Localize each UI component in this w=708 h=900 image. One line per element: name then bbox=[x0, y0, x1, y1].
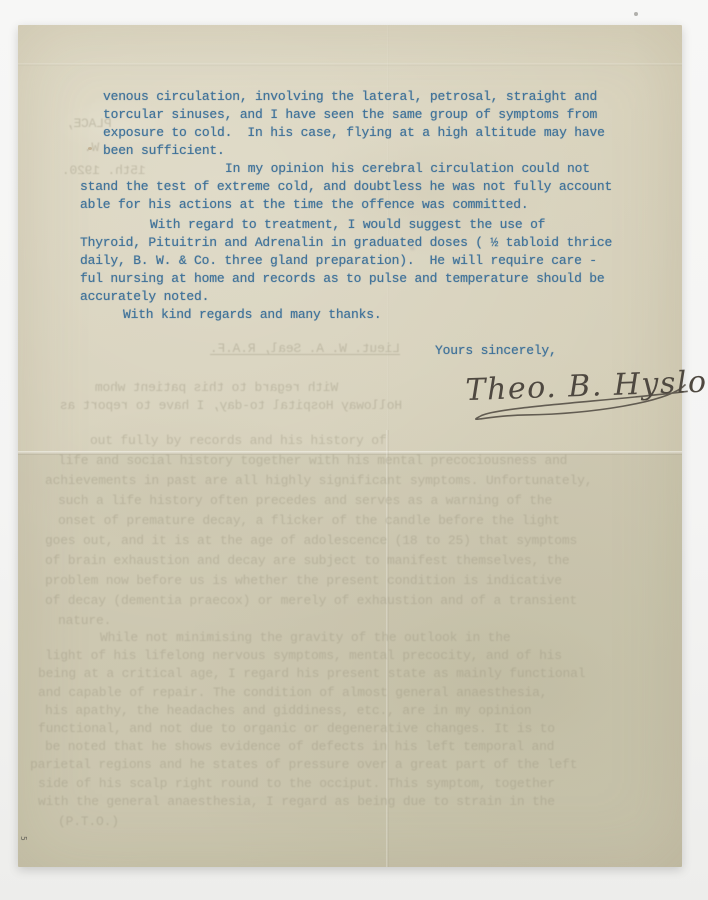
bleedthrough-line: While not minimising the gravity of the … bbox=[100, 630, 510, 645]
typed-line: Thyroid, Pituitrin and Adrenalin in grad… bbox=[80, 235, 612, 250]
bleedthrough-line: of brain exhaustion and decay are subjec… bbox=[45, 553, 570, 568]
bleedthrough-line-mirrored: W. bbox=[84, 140, 99, 155]
bleedthrough-line: achievements in past are all highly sign… bbox=[45, 473, 592, 488]
typed-line: With kind regards and many thanks. bbox=[123, 307, 381, 322]
typed-line: With regard to treatment, I would sugges… bbox=[150, 217, 545, 232]
bleedthrough-line: with the general anaesthesia, I regard a… bbox=[38, 794, 555, 809]
bleedthrough-line: goes out, and it is at the age of adoles… bbox=[45, 533, 577, 548]
bleedthrough-line-mirrored: 15th. 1920. bbox=[62, 163, 146, 178]
bleedthrough-line: of decay (dementia praecox) or merely of… bbox=[45, 593, 577, 608]
typed-line: venous circulation, involving the latera… bbox=[103, 89, 597, 104]
bleedthrough-line-mirrored: Lieut. W. A. Seal, R.A.F. bbox=[210, 341, 400, 356]
typed-line: been sufficient. bbox=[103, 143, 225, 158]
bleedthrough-line: be noted that he shows evidence of defec… bbox=[45, 739, 554, 754]
fold-crease-horizontal-top bbox=[18, 63, 682, 66]
bleedthrough-line: problem now before us is whether the pre… bbox=[45, 573, 562, 588]
scan-background: venous circulation, involving the latera… bbox=[0, 0, 708, 900]
typed-line: accurately noted. bbox=[80, 289, 209, 304]
typed-line: torcular sinuses, and I have seen the sa… bbox=[103, 107, 597, 122]
bleedthrough-line: (P.T.O.) bbox=[58, 814, 119, 829]
typed-line: able for his actions at the time the off… bbox=[80, 197, 528, 212]
margin-mark: 5 bbox=[19, 836, 28, 842]
bleedthrough-line: side of his scalp right round to the occ… bbox=[38, 776, 555, 791]
bleedthrough-line: being at a critical age, I regard his pr… bbox=[38, 666, 585, 681]
bleedthrough-line: his apathy, the headaches and giddiness,… bbox=[45, 703, 531, 718]
bleedthrough-line: nature. bbox=[58, 613, 111, 628]
typed-line: daily, B. W. & Co. three gland preparati… bbox=[80, 253, 597, 268]
dust-speck bbox=[634, 12, 638, 16]
bleedthrough-line: onset of premature decay, a flicker of t… bbox=[58, 513, 560, 528]
typed-line: ful nursing at home and records as to pu… bbox=[80, 271, 605, 286]
bleedthrough-line: and capable of repair. The condition of … bbox=[38, 685, 547, 700]
letter-page: venous circulation, involving the latera… bbox=[18, 25, 682, 867]
bleedthrough-line: such a life history often precedes and s… bbox=[58, 493, 552, 508]
bleedthrough-line-mirrored: With regard to this patient whom bbox=[95, 380, 338, 395]
typed-line: exposure to cold. In his case, flying at… bbox=[103, 125, 605, 140]
bleedthrough-line: life and social history together with hi… bbox=[58, 453, 567, 468]
bleedthrough-line: out fully by records and his history of bbox=[90, 433, 386, 448]
bleedthrough-line-mirrored: PLACE, bbox=[66, 116, 112, 131]
signature: Theo. B. Hyslop bbox=[448, 352, 700, 432]
typed-line: stand the test of extreme cold, and doub… bbox=[80, 179, 612, 194]
bleedthrough-line: light of his lifelong nervous symptoms, … bbox=[45, 648, 562, 663]
bleedthrough-line: parietal regions and he states of pressu… bbox=[30, 757, 577, 772]
typed-line: In my opinion his cerebral circulation c… bbox=[225, 161, 590, 176]
bleedthrough-line-mirrored: Holloway Hospital to-day, I have to repo… bbox=[60, 398, 402, 413]
bleedthrough-line: functional, and not due to organic or de… bbox=[38, 721, 555, 736]
